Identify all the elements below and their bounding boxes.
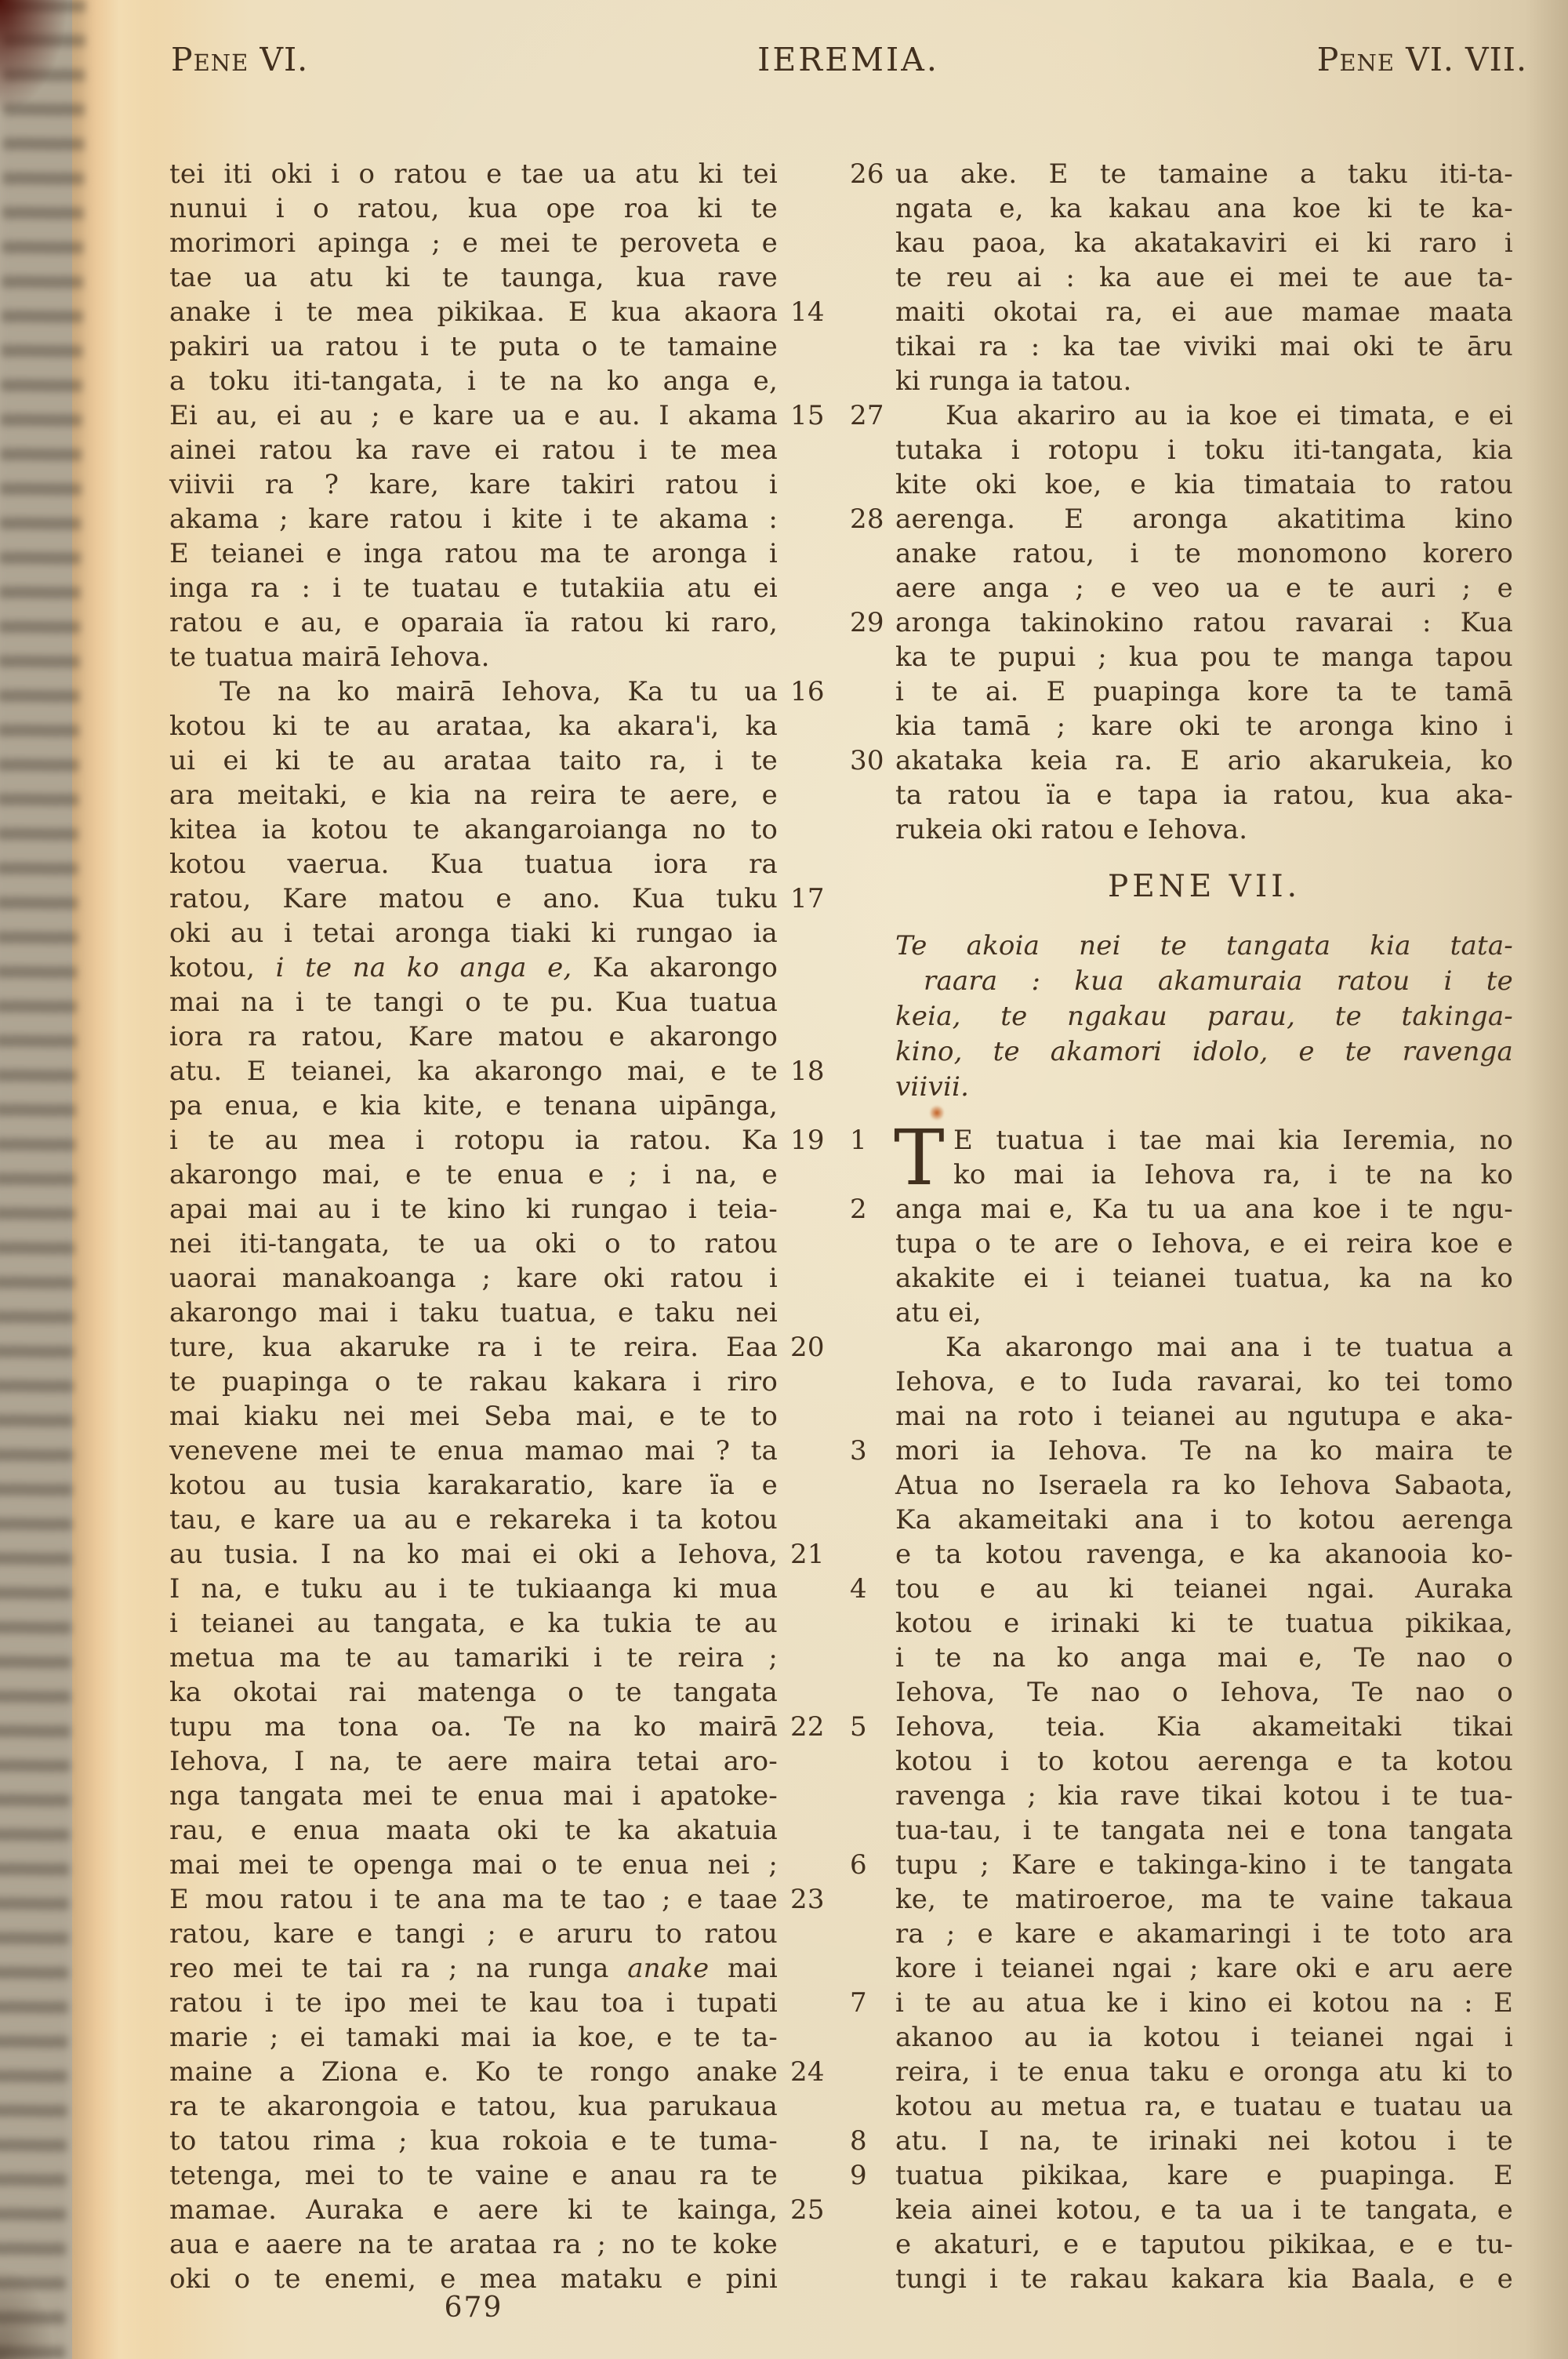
text-line: Iehova, Te nao o Iehova, Te nao o xyxy=(895,1675,1513,1710)
text-line: Te akoia nei te tangata kia tata- xyxy=(895,929,1513,964)
text-line: mai mei te openga mai o te enua nei ; xyxy=(169,1848,778,1882)
verse-number: 18 xyxy=(790,1054,825,1089)
text-line: anga mai e, Ka tu ua ana koe i te ngu-2 xyxy=(895,1192,1513,1227)
verse-number: 20 xyxy=(790,1330,825,1365)
text-line: tei iti oki i o ratou e tae ua atu ki te… xyxy=(169,157,778,191)
verse-number: 29 xyxy=(850,605,884,640)
text-line: tae ua atu ki te taunga, kua rave xyxy=(169,260,778,295)
chapter-summary: Te akoia nei te tangata kia tata-raara :… xyxy=(895,929,1513,1105)
text-line: rukeia oki ratou e Iehova. xyxy=(895,812,1513,847)
text-line: i teianei au tangata, e ka tukia te au xyxy=(169,1606,778,1641)
verse-number: 14 xyxy=(790,295,825,329)
text-line: ratou i te ipo mei te kau toa i tupati xyxy=(169,1986,778,2020)
text-line: aronga takinokino ratou ravarai : Kua29 xyxy=(895,605,1513,640)
text-line: ainei ratou ka rave ei ratou i te mea xyxy=(169,433,778,467)
verse-number: 30 xyxy=(850,743,884,778)
text-line: ture, kua akaruke ra i te reira. Eaa20 xyxy=(169,1330,778,1365)
right-text-column: ua ake. E te tamaine a taku iti-ta-26nga… xyxy=(895,157,1513,2296)
text-line: reo mei te tai ra ; na runga anake mai xyxy=(169,1951,778,1986)
chapter-vi-end-lines: ua ake. E te tamaine a taku iti-ta-26nga… xyxy=(895,157,1513,847)
running-head-right: Pene VI. VII. xyxy=(169,41,1527,78)
text-line: Te na ko mairā Iehova, Ka tu ua16 xyxy=(169,674,778,709)
text-line: oki au i tetai aronga tiaki ki rungao ia xyxy=(169,916,778,951)
text-line: pakiri ua ratou i te puta o te tamaine xyxy=(169,329,778,364)
verse-number: 21 xyxy=(790,1537,825,1572)
text-line: anake ratou, i te monomono korero xyxy=(895,536,1513,571)
text-line: akarongo mai, e te enua e ; i na, e xyxy=(169,1158,778,1192)
text-line: ravenga ; kia rave tikai kotou i te tua- xyxy=(895,1779,1513,1813)
text-line: kotou vaerua. Kua tuatua iora ra xyxy=(169,847,778,881)
text-line: tikai ra : ka tae viviki mai oki te āru xyxy=(895,329,1513,364)
text-line: i te ai. E puapinga kore ta te tamā xyxy=(895,674,1513,709)
text-line: maine a Ziona e. Ko te rongo anake24 xyxy=(169,2055,778,2089)
text-line: tetenga, mei to te vaine e anau ra te xyxy=(169,2158,778,2193)
text-line: rau, e enua maata oki te ka akatuia xyxy=(169,1813,778,1848)
text-line: a toku iti-tangata, i te na ko anga e, xyxy=(169,364,778,398)
text-line: Iehova, teia. Kia akameitaki tikai5 xyxy=(895,1710,1513,1744)
text-line: kino, te akamori idolo, e te ravenga xyxy=(895,1034,1513,1070)
page-edge-shadow-right xyxy=(1525,0,1568,2359)
verse-number: 9 xyxy=(850,2158,867,2193)
verse-number: 23 xyxy=(790,1882,825,1917)
text-line: mai kiaku nei mei Seba mai, e te to xyxy=(169,1399,778,1434)
verse-number: 27 xyxy=(850,398,884,433)
text-line: kotou au tusia karakaratio, kare ïa e xyxy=(169,1468,778,1503)
text-line: pa enua, e kia kite, e tenana uipānga, xyxy=(169,1089,778,1123)
text-line: kau paoa, ka akatakaviri ei ki raro i xyxy=(895,226,1513,260)
text-line: Ei au, ei au ; e kare ua e au. I akama15 xyxy=(169,398,778,433)
text-line: i te au atua ke i kino ei kotou na : E7 xyxy=(895,1986,1513,2020)
text-line: kotou i to kotou aerenga e ta kotou xyxy=(895,1744,1513,1779)
text-line: ra te akarongoia e tatou, kua parukaua xyxy=(169,2089,778,2124)
verse-number: 17 xyxy=(790,881,825,916)
text-line: ua ake. E te tamaine a taku iti-ta-26 xyxy=(895,157,1513,191)
verse-number: 15 xyxy=(790,398,825,433)
text-line: morimori apinga ; e mei te peroveta e xyxy=(169,226,778,260)
drop-cap: T xyxy=(894,1120,945,1196)
text-line: e ta kotou ravenga, e ka akanooia ko- xyxy=(895,1537,1513,1572)
text-line: ra ; e kare e akamaringi i te toto ara xyxy=(895,1917,1513,1951)
text-line: mamae. Auraka e aere ki te kainga,25 xyxy=(169,2193,778,2227)
text-line: venevene mei te enua mamao mai ? ta xyxy=(169,1434,778,1468)
verse-number: 28 xyxy=(850,502,884,536)
text-line: ko mai ia Iehova ra, i te na ko xyxy=(895,1158,1513,1192)
text-line: anake i te mea pikikaa. E kua akaora14 xyxy=(169,295,778,329)
text-line: kotou ki te au arataa, ka akara'i, ka xyxy=(169,709,778,743)
text-line: ara meitaki, e kia na reira te aere, e xyxy=(169,778,778,812)
verse-number: 26 xyxy=(850,157,884,191)
text-line: aere anga ; e veo ua e te auri ; e xyxy=(895,571,1513,605)
verse-number: 19 xyxy=(790,1123,825,1158)
text-line: reira, i te enua taku e oronga atu ki to xyxy=(895,2055,1513,2089)
text-line: tou e au ki teianei ngai. Auraka4 xyxy=(895,1572,1513,1606)
text-line: mai na i te tangi o te pu. Kua tuatua xyxy=(169,985,778,1020)
text-line: e akaturi, e e taputou pikikaa, e e tu- xyxy=(895,2227,1513,2262)
text-line: apai mai au i te kino ki rungao i teia- xyxy=(169,1192,778,1227)
text-line: viivii ra ? kare, kare takiri ratou i xyxy=(169,467,778,502)
text-line: marie ; ei tamaki mai ia koe, e te ta- xyxy=(169,2020,778,2055)
text-line: inga ra : i te tuatau e tutakiia atu ei xyxy=(169,571,778,605)
text-line: E teianei e inga ratou ma te aronga i xyxy=(169,536,778,571)
text-line: tau, e kare ua au e rekareka i ta kotou xyxy=(169,1503,778,1537)
verse-number: 22 xyxy=(790,1710,825,1744)
dark-corner-top-left xyxy=(0,0,71,118)
verse-number: 3 xyxy=(850,1434,867,1468)
text-line: au tusia. I na ko mai ei oki a Iehova,21 xyxy=(169,1537,778,1572)
text-line: to tatou rima ; kua rokoia e te tuma- xyxy=(169,2124,778,2158)
text-line: raara : kua akamuraia ratou i te xyxy=(895,964,1513,999)
text-line: tupa o te are o Iehova, e ei reira koe e xyxy=(895,1227,1513,1261)
verse-number: 8 xyxy=(850,2124,867,2158)
text-line: nga tangata mei te enua mai i apatoke- xyxy=(169,1779,778,1813)
text-line: ratou, Kare matou e ano. Kua tuku17 xyxy=(169,881,778,916)
text-line: tuatua pikikaa, kare e puapinga. E9 xyxy=(895,2158,1513,2193)
text-line: Atua no Iseraela ra ko Iehova Sabaota, xyxy=(895,1468,1513,1503)
text-line: E mou ratou i te ana ma te tao ; e taae2… xyxy=(169,1882,778,1917)
verse-number: 2 xyxy=(850,1192,867,1227)
left-text-column: tei iti oki i o ratou e tae ua atu ki te… xyxy=(169,157,778,2296)
text-line: Kua akariro au ia koe ei timata, e ei27 xyxy=(895,398,1513,433)
text-line: nunui i o ratou, kua ope roa ki te xyxy=(169,191,778,226)
text-line: te puapinga o te rakau kakara i riro xyxy=(169,1365,778,1399)
text-line: iora ra ratou, Kare matou e akarongo xyxy=(169,1020,778,1054)
text-line: aerenga. E aronga akatitima kino28 xyxy=(895,502,1513,536)
text-line: ta ratou ïa e tapa ia ratou, kua aka- xyxy=(895,778,1513,812)
text-line: ka te pupui ; kua pou te manga tapou xyxy=(895,640,1513,674)
text-line: nei iti-tangata, te ua oki o to ratou xyxy=(169,1227,778,1261)
text-line: mai na roto i teianei au ngutupa e aka- xyxy=(895,1399,1513,1434)
text-line: E tuatua i tae mai kia Ieremia, no1T xyxy=(895,1123,1513,1158)
book-page-photo: Pene VI. IEREMIA. Pene VI. VII. tei iti … xyxy=(0,0,1568,2359)
text-line: akarongo mai i taku tuatua, e taku nei xyxy=(169,1296,778,1330)
text-line: akakite ei i teianei tuatua, ka na ko xyxy=(895,1261,1513,1296)
text-line: i te na ko anga mai e, Te nao o xyxy=(895,1641,1513,1675)
text-line: atu. I na, te irinaki nei kotou i te8 xyxy=(895,2124,1513,2158)
text-line: ratou e au, e oparaia ïa ratou ki raro, xyxy=(169,605,778,640)
text-line: kitea ia kotou te akangaroianga no to xyxy=(169,812,778,847)
text-line: metua ma te au tamariki i te reira ; xyxy=(169,1641,778,1675)
text-line: tupu ; Kare e takinga-kino i te tangata6 xyxy=(895,1848,1513,1882)
text-line: maiti okotai ra, ei aue mamae maata xyxy=(895,295,1513,329)
text-line: akama ; kare ratou i kite i te akama : xyxy=(169,502,778,536)
text-line: Iehova, I na, te aere maira tetai aro- xyxy=(169,1744,778,1779)
text-line: atu. E teianei, ka akarongo mai, e te18 xyxy=(169,1054,778,1089)
text-line: aua e aaere na te arataa ra ; no te koke xyxy=(169,2227,778,2262)
text-line: kotou e irinaki ki te tuatua pikikaa, xyxy=(895,1606,1513,1641)
verse-number: 24 xyxy=(790,2055,825,2089)
text-line: tungi i te rakau kakara kia Baala, e e xyxy=(895,2262,1513,2296)
text-line: ke, te matiroeroe, ma te vaine takaua xyxy=(895,1882,1513,1917)
text-line: kite oki koe, e kia timataia to ratou xyxy=(895,467,1513,502)
left-column-lines: tei iti oki i o ratou e tae ua atu ki te… xyxy=(169,157,778,2296)
text-line: kotou au metua ra, e tuatau e tuatau ua xyxy=(895,2089,1513,2124)
text-line: akanoo au ia kotou i teianei ngai i xyxy=(895,2020,1513,2055)
verse-number: 5 xyxy=(850,1710,867,1744)
text-line: tupu ma tona oa. Te na ko mairā22 xyxy=(169,1710,778,1744)
text-line: I na, e tuku au i te tukiaanga ki mua xyxy=(169,1572,778,1606)
verse-number: 6 xyxy=(850,1848,867,1882)
text-line: keia ainei kotou, e ta ua i te tangata, … xyxy=(895,2193,1513,2227)
text-line: tua-tau, i te tangata nei e tona tangata xyxy=(895,1813,1513,1848)
text-line: Ka akameitaki ana i to kotou aerenga xyxy=(895,1503,1513,1537)
verse-number: 1 xyxy=(850,1123,867,1158)
chapter-heading: PENE VII. xyxy=(895,869,1513,905)
text-line: kia tamā ; kare oki te aronga kino i xyxy=(895,709,1513,743)
text-line: te reu ai : ka aue ei mei te aue ta- xyxy=(895,260,1513,295)
text-line: atu ei, xyxy=(895,1296,1513,1330)
dark-corner-bottom-left xyxy=(0,2265,55,2359)
text-line: mori ia Iehova. Te na ko maira te3 xyxy=(895,1434,1513,1468)
verse-number: 25 xyxy=(790,2193,825,2227)
text-line: ki runga ia tatou. xyxy=(895,364,1513,398)
text-line: i te au mea i rotopu ia ratou. Ka19 xyxy=(169,1123,778,1158)
chapter-vii-lines: E tuatua i tae mai kia Ieremia, no1Tko m… xyxy=(895,1123,1513,2296)
verse-number: 4 xyxy=(850,1572,867,1606)
text-line: ka okotai rai matenga o te tangata xyxy=(169,1675,778,1710)
text-line: kotou, i te na ko anga e, Ka akarongo xyxy=(169,951,778,985)
text-line: uaorai manakoanga ; kare oki ratou i xyxy=(169,1261,778,1296)
text-line: ngata e, ka kakau ana koe ki te ka- xyxy=(895,191,1513,226)
text-line: kore i teianei ngai ; kare oki e aru aer… xyxy=(895,1951,1513,1986)
text-line: akataka keia ra. E ario akarukeia, ko30 xyxy=(895,743,1513,778)
text-line: keia, te ngakau parau, te takinga- xyxy=(895,999,1513,1034)
text-line: te tuatua mairā Iehova. xyxy=(169,640,778,674)
page-number: 679 xyxy=(169,2292,778,2324)
facing-page-blurred-text xyxy=(0,0,85,2359)
text-line: Iehova, e to Iuda ravarai, ko tei tomo xyxy=(895,1365,1513,1399)
text-line: ui ei ki te au arataa taito ra, i te xyxy=(169,743,778,778)
text-line: ratou, kare e tangi ; e aruru to ratou xyxy=(169,1917,778,1951)
text-line: tutaka i rotopu i toku iti-tangata, kia xyxy=(895,433,1513,467)
text-line: viivii. xyxy=(895,1070,1513,1105)
book-gutter xyxy=(0,0,157,2359)
verse-number: 7 xyxy=(850,1986,867,2020)
verse-number: 16 xyxy=(790,674,825,709)
text-line: Ka akarongo mai ana i te tuatua a xyxy=(895,1330,1513,1365)
